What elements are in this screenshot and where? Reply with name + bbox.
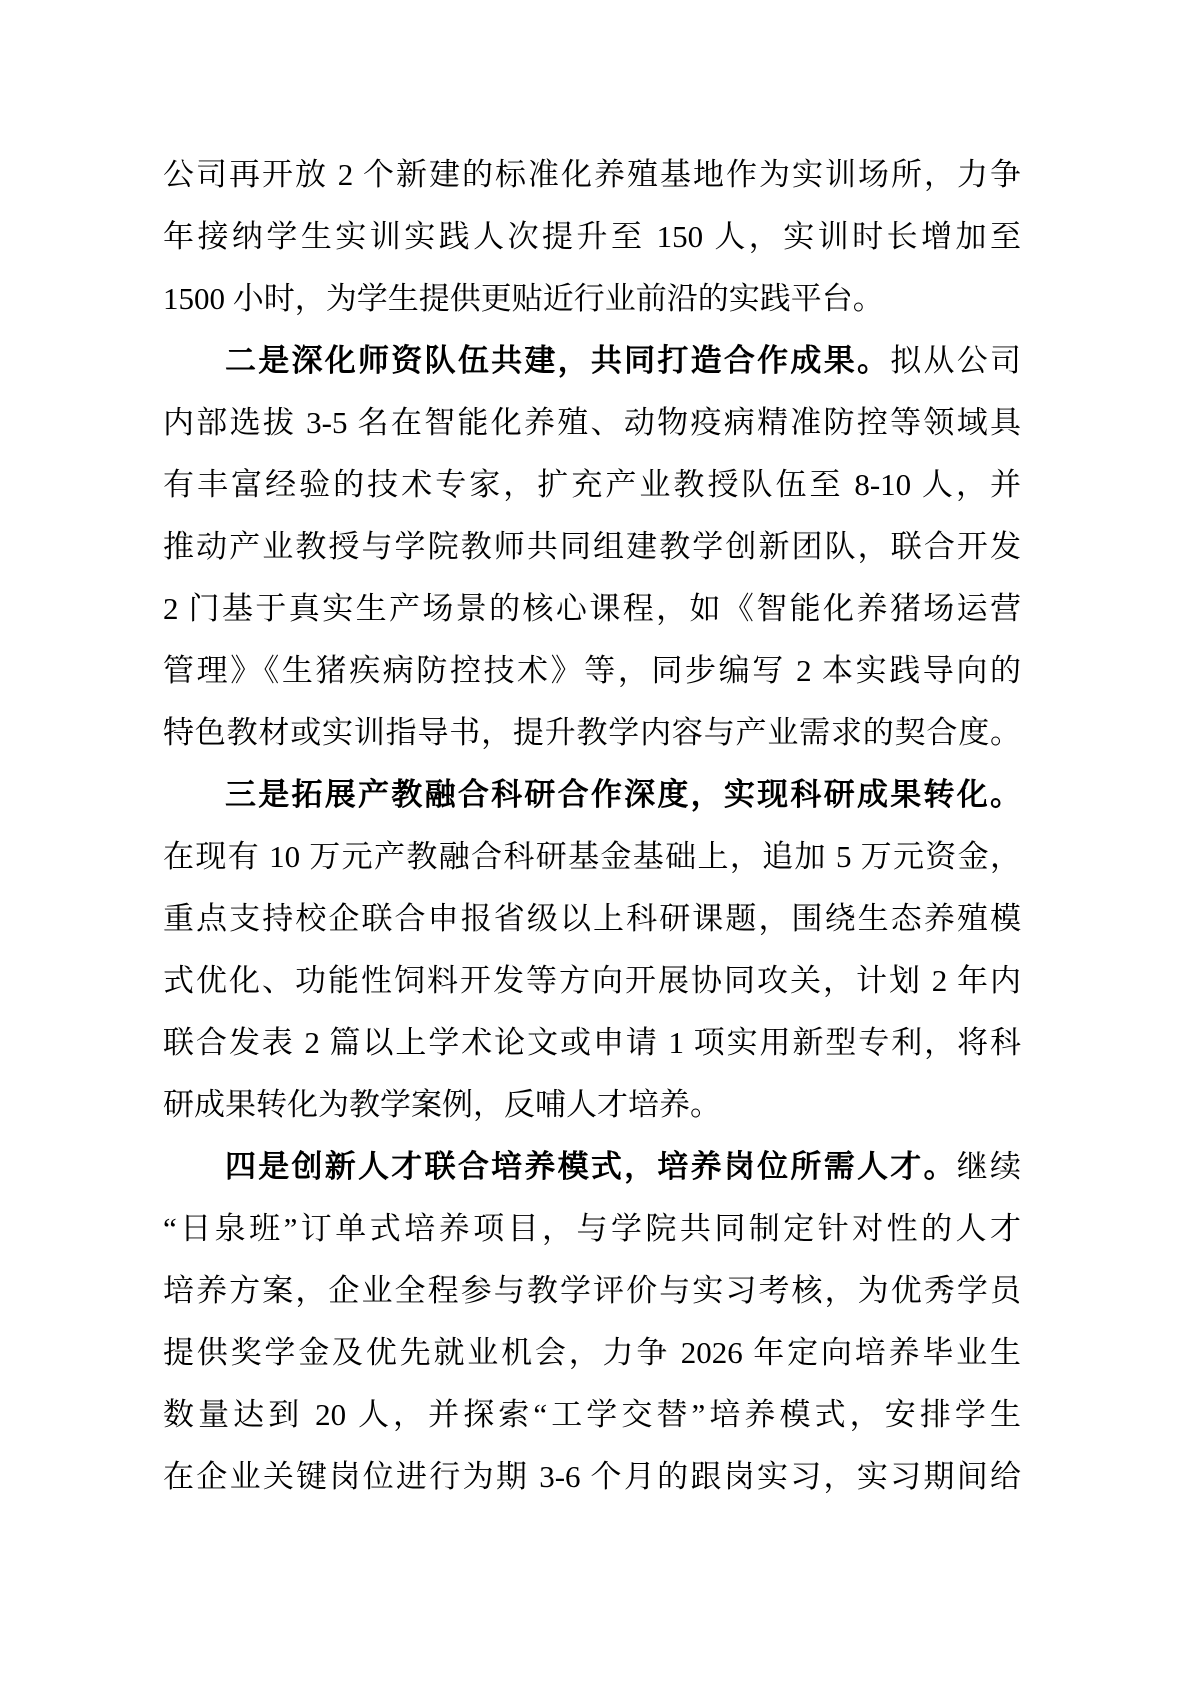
body-text: 提供奖学金及优先就业机会，力争 2026 年定向培养毕业生: [163, 1335, 1021, 1370]
text-line: 有丰富经验的技术专家，扩充产业教授队伍至 8-10 人，并: [163, 454, 1021, 516]
body-text: 拟从公司: [890, 343, 1021, 378]
text-line: 研成果转化为教学案例，反哺人才培养。: [163, 1074, 1021, 1136]
body-text: 在企业关键岗位进行为期 3-6 个月的跟岗实习，实习期间给: [163, 1459, 1021, 1494]
body-text: 继续: [957, 1149, 1021, 1184]
text-line: 二是深化师资队伍共建，共同打造合作成果。拟从公司: [163, 330, 1021, 392]
body-text: 研成果转化为教学案例，反哺人才培养。: [163, 1087, 721, 1122]
body-text: 推动产业教授与学院教师共同组建教学创新团队，联合开发: [163, 529, 1021, 564]
text-line: 2 门基于真实生产场景的核心课程，如《智能化养猪场运营: [163, 578, 1021, 640]
text-line: 年接纳学生实训实践人次提升至 150 人，实训时长增加至: [163, 206, 1021, 268]
text-block: 公司再开放 2 个新建的标准化养殖基地作为实训场所，力争年接纳学生实训实践人次提…: [163, 144, 1021, 1508]
body-text: 在现有 10 万元产教融合科研基金基础上，追加 5 万元资金，: [163, 839, 1021, 874]
body-text: 1500 小时，为学生提供更贴近行业前沿的实践平台。: [163, 281, 884, 316]
body-text: “日泉班”订单式培养项目，与学院共同制定针对性的人才: [163, 1211, 1021, 1246]
text-line: 数量达到 20 人，并探索“工学交替”培养模式，安排学生: [163, 1384, 1021, 1446]
body-text: 联合发表 2 篇以上学术论文或申请 1 项实用新型专利，将科: [163, 1025, 1021, 1060]
text-line: 推动产业教授与学院教师共同组建教学创新团队，联合开发: [163, 516, 1021, 578]
text-line: 公司再开放 2 个新建的标准化养殖基地作为实训场所，力争: [163, 144, 1021, 206]
body-text: 公司再开放 2 个新建的标准化养殖基地作为实训场所，力争: [163, 157, 1021, 192]
body-text: 管理》《生猪疾病防控技术》等，同步编写 2 本实践导向的: [163, 653, 1021, 688]
text-line: 管理》《生猪疾病防控技术》等，同步编写 2 本实践导向的: [163, 640, 1021, 702]
text-line: 在现有 10 万元产教融合科研基金基础上，追加 5 万元资金，: [163, 826, 1021, 888]
text-line: 三是拓展产教融合科研合作深度，实现科研成果转化。: [163, 764, 1021, 826]
body-text: 内部选拔 3-5 名在智能化养殖、动物疫病精准防控等领域具: [163, 405, 1021, 440]
body-text: 数量达到 20 人，并探索“工学交替”培养模式，安排学生: [163, 1397, 1021, 1432]
body-text: 特色教材或实训指导书，提升教学内容与产业需求的契合度。: [163, 715, 1021, 750]
text-line: 重点支持校企联合申报省级以上科研课题，围绕生态养殖模: [163, 888, 1021, 950]
text-line: 式优化、功能性饲料开发等方向开展协同攻关，计划 2 年内: [163, 950, 1021, 1012]
section-heading-text: 三是拓展产教融合科研合作深度，实现科研成果转化。: [225, 777, 1021, 812]
body-text: 重点支持校企联合申报省级以上科研课题，围绕生态养殖模: [163, 901, 1021, 936]
text-line: 1500 小时，为学生提供更贴近行业前沿的实践平台。: [163, 268, 1021, 330]
document-page: 公司再开放 2 个新建的标准化养殖基地作为实训场所，力争年接纳学生实训实践人次提…: [0, 0, 1191, 1684]
text-line: 四是创新人才联合培养模式，培养岗位所需人才。继续: [163, 1136, 1021, 1198]
body-text: 年接纳学生实训实践人次提升至 150 人，实训时长增加至: [163, 219, 1021, 254]
text-line: 培养方案，企业全程参与教学评价与实习考核，为优秀学员: [163, 1260, 1021, 1322]
text-line: 提供奖学金及优先就业机会，力争 2026 年定向培养毕业生: [163, 1322, 1021, 1384]
text-line: 特色教材或实训指导书，提升教学内容与产业需求的契合度。: [163, 702, 1021, 764]
body-text: 2 门基于真实生产场景的核心课程，如《智能化养猪场运营: [163, 591, 1021, 626]
text-line: 内部选拔 3-5 名在智能化养殖、动物疫病精准防控等领域具: [163, 392, 1021, 454]
body-text: 式优化、功能性饲料开发等方向开展协同攻关，计划 2 年内: [163, 963, 1021, 998]
section-heading-text: 二是深化师资队伍共建，共同打造合作成果。: [225, 343, 890, 378]
body-text: 培养方案，企业全程参与教学评价与实习考核，为优秀学员: [163, 1273, 1021, 1308]
body-text: 有丰富经验的技术专家，扩充产业教授队伍至 8-10 人，并: [163, 467, 1021, 502]
text-line: 在企业关键岗位进行为期 3-6 个月的跟岗实习，实习期间给: [163, 1446, 1021, 1508]
text-line: 联合发表 2 篇以上学术论文或申请 1 项实用新型专利，将科: [163, 1012, 1021, 1074]
section-heading-text: 四是创新人才联合培养模式，培养岗位所需人才。: [225, 1149, 957, 1184]
text-line: “日泉班”订单式培养项目，与学院共同制定针对性的人才: [163, 1198, 1021, 1260]
